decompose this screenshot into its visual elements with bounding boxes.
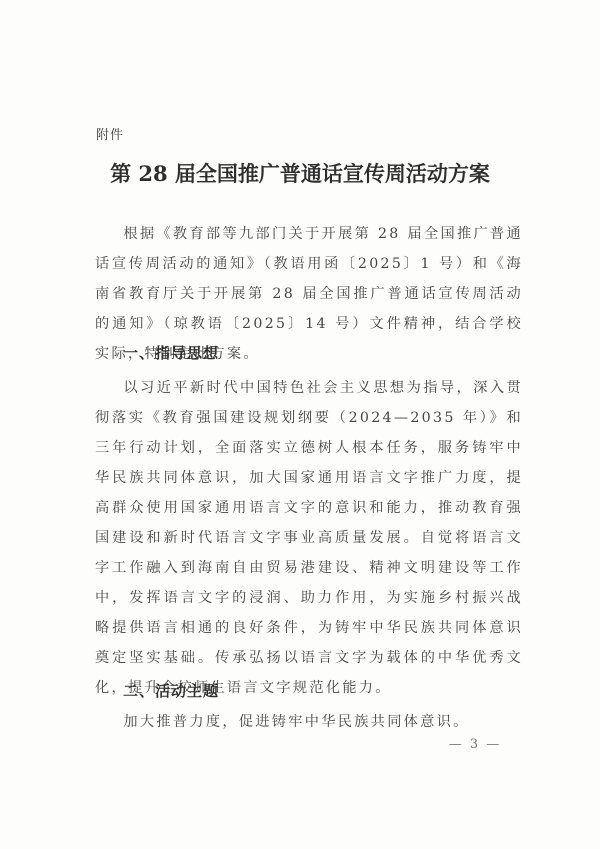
section-heading-activity-theme: 二、活动主题 [123, 680, 219, 701]
section-paragraph: 以习近平新时代中国特色社会主义思想为指导，深入贯彻落实《教育强国建设规划纲要（2… [95, 373, 523, 703]
section-body-activity-theme: 加大推普力度，促进铸牢中华民族共同体意识。 [95, 707, 523, 737]
section-paragraph: 加大推普力度，促进铸牢中华民族共同体意识。 [95, 707, 523, 737]
page-number: — 3 — [440, 737, 510, 752]
attachment-label: 附件 [96, 124, 124, 143]
section-heading-guiding-ideology: 一、指导思想 [123, 342, 219, 363]
document-page: 附件 第 28 届全国推广普通话宣传周活动方案 根据《教育部等九部门关于开展第 … [0, 0, 600, 849]
document-title: 第 28 届全国推广普通话宣传周活动方案 [0, 158, 600, 188]
section-body-guiding-ideology: 以习近平新时代中国特色社会主义思想为指导，深入贯彻落实《教育强国建设规划纲要（2… [95, 373, 523, 703]
